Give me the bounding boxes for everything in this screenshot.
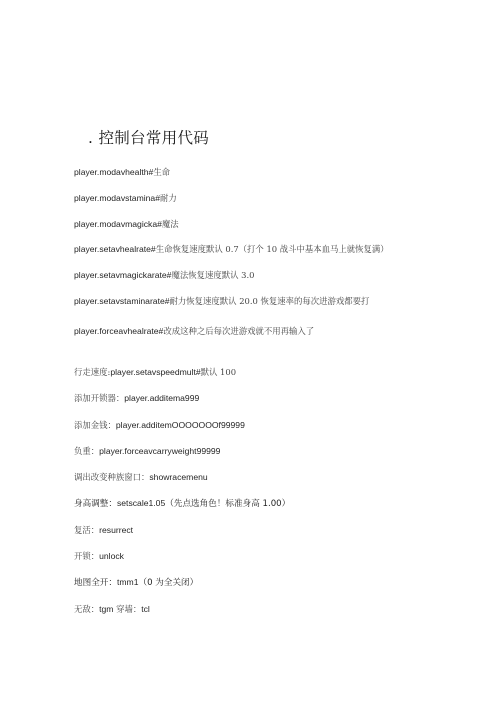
label-text: 调出改变种族窗口： (74, 472, 149, 482)
note-text: （0 为全关闭） (138, 578, 198, 588)
note-text: （先点选角色！标准身高 1.00） (165, 499, 290, 509)
command-text: player.modavhealth# (74, 167, 153, 177)
note-text: 耐力恢复速度默认 20.0 恢复速率的每次进游戏都要打 (170, 296, 370, 306)
note-text: 改成这种之后每次进游戏就不用再输入了 (163, 326, 314, 336)
command-text: player.additema999 (124, 393, 199, 403)
note-text: 魔法恢复速度默认 3.0 (171, 270, 254, 280)
command-text: player.setavmagickarate# (74, 270, 171, 280)
command-text: resurrect (99, 525, 133, 535)
note-text: 生命恢复速度默认 0.7（打个 10 战斗中基本血马上就恢复满） (156, 244, 389, 254)
doc-line-resurrect: 复活：resurrect (74, 524, 133, 536)
command-text: setscale1.05 (117, 498, 165, 508)
command-text: player.forceavhealrate# (74, 326, 163, 336)
command-text: player.setavstaminarate# (74, 296, 170, 306)
doc-line-carryweight: 负重：player.forceavcarryweight99999 (74, 445, 220, 457)
command-text: player.setavhealrate# (74, 244, 156, 254)
doc-line-health: player.modavhealth#生命 (74, 166, 170, 178)
doc-line-money: 添加金钱：player.additemOOOOOOOf99999 (74, 419, 245, 431)
doc-line-forceheal: player.forceavhealrate#改成这种之后每次进游戏就不用再输入… (74, 325, 314, 337)
label-text: 负重： (74, 446, 99, 456)
doc-line-lockpick: 添加开锁器：player.additema999 (74, 392, 199, 404)
label-text: 无敌： (74, 604, 99, 614)
label-text: 复活： (74, 525, 99, 535)
command-text: player.setavspeedmult# (110, 367, 200, 377)
note-text: 生命 (153, 167, 170, 177)
command-text: tmm1 (117, 577, 138, 587)
doc-line-setscale: 身高调整：setscale1.05（先点选角色！标准身高 1.00） (74, 497, 290, 509)
page-title: . 控制台常用代码 (88, 126, 209, 148)
doc-line-unlock: 开锁：unlock (74, 550, 124, 562)
label-text-2: 穿墙： (113, 604, 141, 614)
command-text: player.modavmagicka# (74, 219, 162, 229)
note-text: 耐力 (160, 193, 177, 203)
label-text: 身高调整： (74, 499, 117, 509)
label-text: 添加金钱： (74, 420, 116, 430)
label-text: 开锁： (74, 551, 99, 561)
doc-line-magickarate: player.setavmagickarate#魔法恢复速度默认 3.0 (74, 269, 254, 281)
label-text: 地图全开： (74, 578, 117, 588)
command-text: player.modavstamina# (74, 193, 160, 203)
note-text: 魔法 (162, 219, 179, 229)
doc-line-magicka: player.modavmagicka#魔法 (74, 218, 179, 230)
doc-line-racemenu: 调出改变种族窗口：showracemenu (74, 471, 208, 483)
doc-line-speed: 行走速度:player.setavspeedmult#默认 100 (74, 366, 236, 378)
document-page: . 控制台常用代码 player.modavhealth#生命 player.m… (0, 0, 500, 707)
command-text: player.additemOOOOOOOf99999 (116, 420, 245, 430)
doc-line-stamina: player.modavstamina#耐力 (74, 192, 177, 204)
doc-line-healrate: player.setavhealrate#生命恢复速度默认 0.7（打个 10 … (74, 243, 389, 255)
label-text: 行走速度: (74, 367, 110, 377)
doc-line-map: 地图全开：tmm1（0 为全关闭） (74, 576, 198, 588)
command-text: unlock (99, 551, 124, 561)
doc-line-staminarate: player.setavstaminarate#耐力恢复速度默认 20.0 恢复… (74, 295, 369, 307)
command-text-2: tcl (141, 604, 150, 614)
doc-line-godmode: 无敌：tgm 穿墙：tcl (74, 603, 150, 615)
note-text: 默认 100 (201, 367, 236, 377)
label-text: 添加开锁器： (74, 393, 124, 403)
command-text: showracemenu (149, 472, 207, 482)
command-text: player.forceavcarryweight99999 (99, 446, 220, 456)
command-text: tgm (99, 604, 113, 614)
